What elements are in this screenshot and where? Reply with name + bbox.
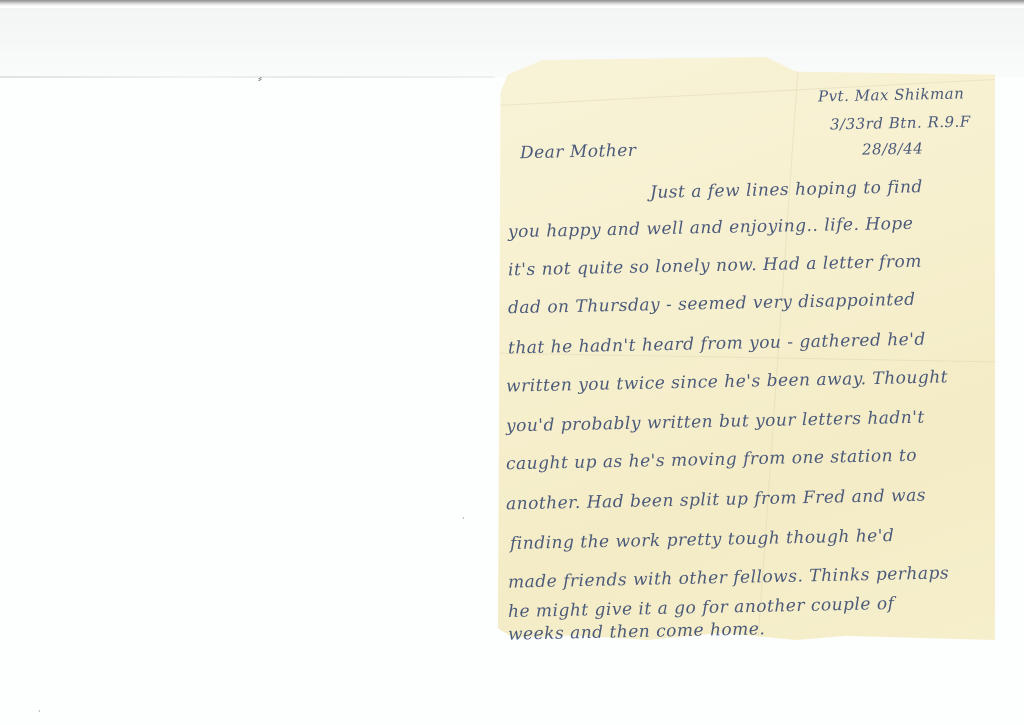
sender-name: Pvt. Max Shikman (818, 84, 965, 105)
dust-speck: · (38, 708, 41, 716)
salutation: Dear Mother (520, 141, 637, 163)
letter-date: 28/8/44 (862, 139, 924, 158)
sender-unit: 3/33rd Btn. R.9.F (830, 113, 971, 134)
scanner-edge-shadow (0, 0, 1024, 6)
dust-speck: · (462, 515, 465, 523)
ink-speck: ⸗ (258, 72, 262, 84)
scanner-streak (0, 76, 495, 78)
body-line: weeks and then come home. (508, 619, 766, 644)
scanner-lid-band (0, 8, 1024, 78)
